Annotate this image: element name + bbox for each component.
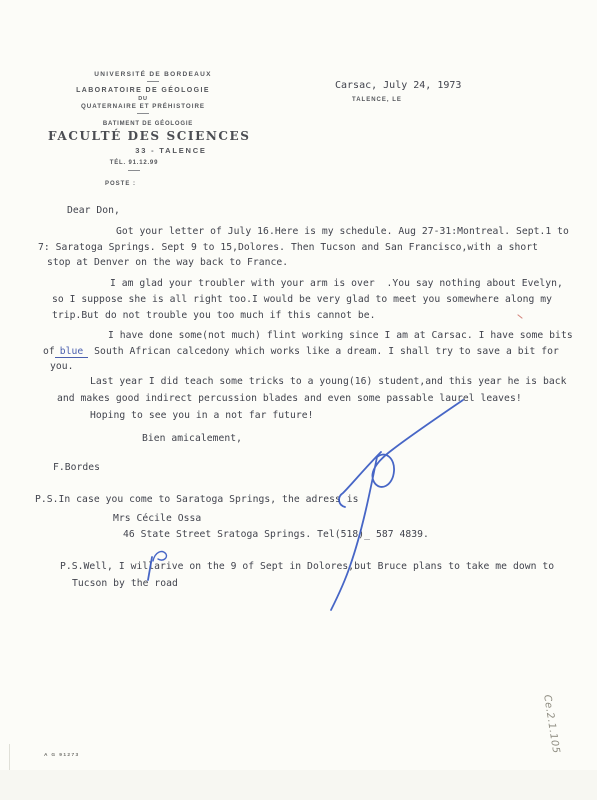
letterhead-city: 33 - TALENCE <box>76 146 266 155</box>
letter-line: so I suppose she is all right too.I woul… <box>52 294 552 306</box>
letterhead-university: UNIVERSITÉ DE BORDEAUX <box>58 71 248 78</box>
blue-line-prefix: of <box>43 346 55 357</box>
letter-line: and makes good indirect percussion blade… <box>57 393 522 405</box>
letterhead-date-place-label: TALENCE, LE <box>352 97 402 103</box>
separator-dash <box>128 170 140 171</box>
red-ink-speck <box>517 314 522 318</box>
letter-line: I am glad your troubler with your arm is… <box>110 278 563 290</box>
scanned-letter-page: UNIVERSITÉ DE BORDEAUX LABORATOIRE DE GÉ… <box>0 0 597 800</box>
page-left-edge <box>9 744 10 770</box>
letterhead-building: BATIMENT DE GÉOLOGIE <box>53 121 243 127</box>
separator-dash <box>137 113 149 114</box>
letter-line-blue-calcedony: ofblue South African calcedony which wor… <box>43 346 559 358</box>
address-street-line: 46 State Street Sratoga Springs. Tel(518… <box>123 529 429 541</box>
letter-line: Dear Don, <box>67 205 120 217</box>
letterhead-poste-label: POSTE : <box>105 181 136 187</box>
letter-line: Last year I did teach some tricks to a y… <box>90 376 566 388</box>
letter-line: I have done some(not much) flint working… <box>108 330 573 342</box>
letter-line: Got your letter of July 16.Here is my sc… <box>116 226 569 238</box>
blue-underlined-word: blue <box>55 346 89 358</box>
letter-line: you. <box>50 361 74 373</box>
letter-line: trip.But do not trouble you too much if … <box>52 310 376 322</box>
dateline: Carsac, July 24, 1973 <box>335 80 461 91</box>
printer-code: A G 91273 <box>44 753 80 758</box>
inserted-letter-r-stroke <box>153 552 166 561</box>
scan-background <box>0 770 597 800</box>
closing-line: Bien amicalement, <box>142 433 242 445</box>
postscript-line: P.S.In case you come to Saratoga Springs… <box>35 494 359 506</box>
postscript2-line: P.S.Well, I willarive on the 9 of Sept i… <box>60 561 554 573</box>
letterhead-faculty: FACULTÉ DES SCIENCES <box>48 129 238 143</box>
letter-line: Hoping to see you in a not far future! <box>90 410 314 422</box>
sender-name: F.Bordes <box>53 462 100 474</box>
letterhead-lab-line3: QUATERNAIRE ET PRÉHISTOIRE <box>48 103 238 110</box>
postscript2-line: Tucson by the road <box>72 578 178 590</box>
letter-line: stop at Denver on the way back to France… <box>47 257 288 269</box>
address-name-line: Mrs Cécile Ossa <box>113 513 201 525</box>
letterhead-lab-line2: DU <box>48 96 238 102</box>
letter-line: 7: Saratoga Springs. Sept 9 to 15,Dolore… <box>38 242 538 254</box>
separator-dash <box>147 81 159 82</box>
letterhead-lab-line1: LABORATOIRE DE GÉOLOGIE <box>48 87 238 94</box>
letterhead-phone: TÉL. 91.12.99 <box>39 160 229 166</box>
blue-line-suffix: South African calcedony which works like… <box>88 346 559 357</box>
